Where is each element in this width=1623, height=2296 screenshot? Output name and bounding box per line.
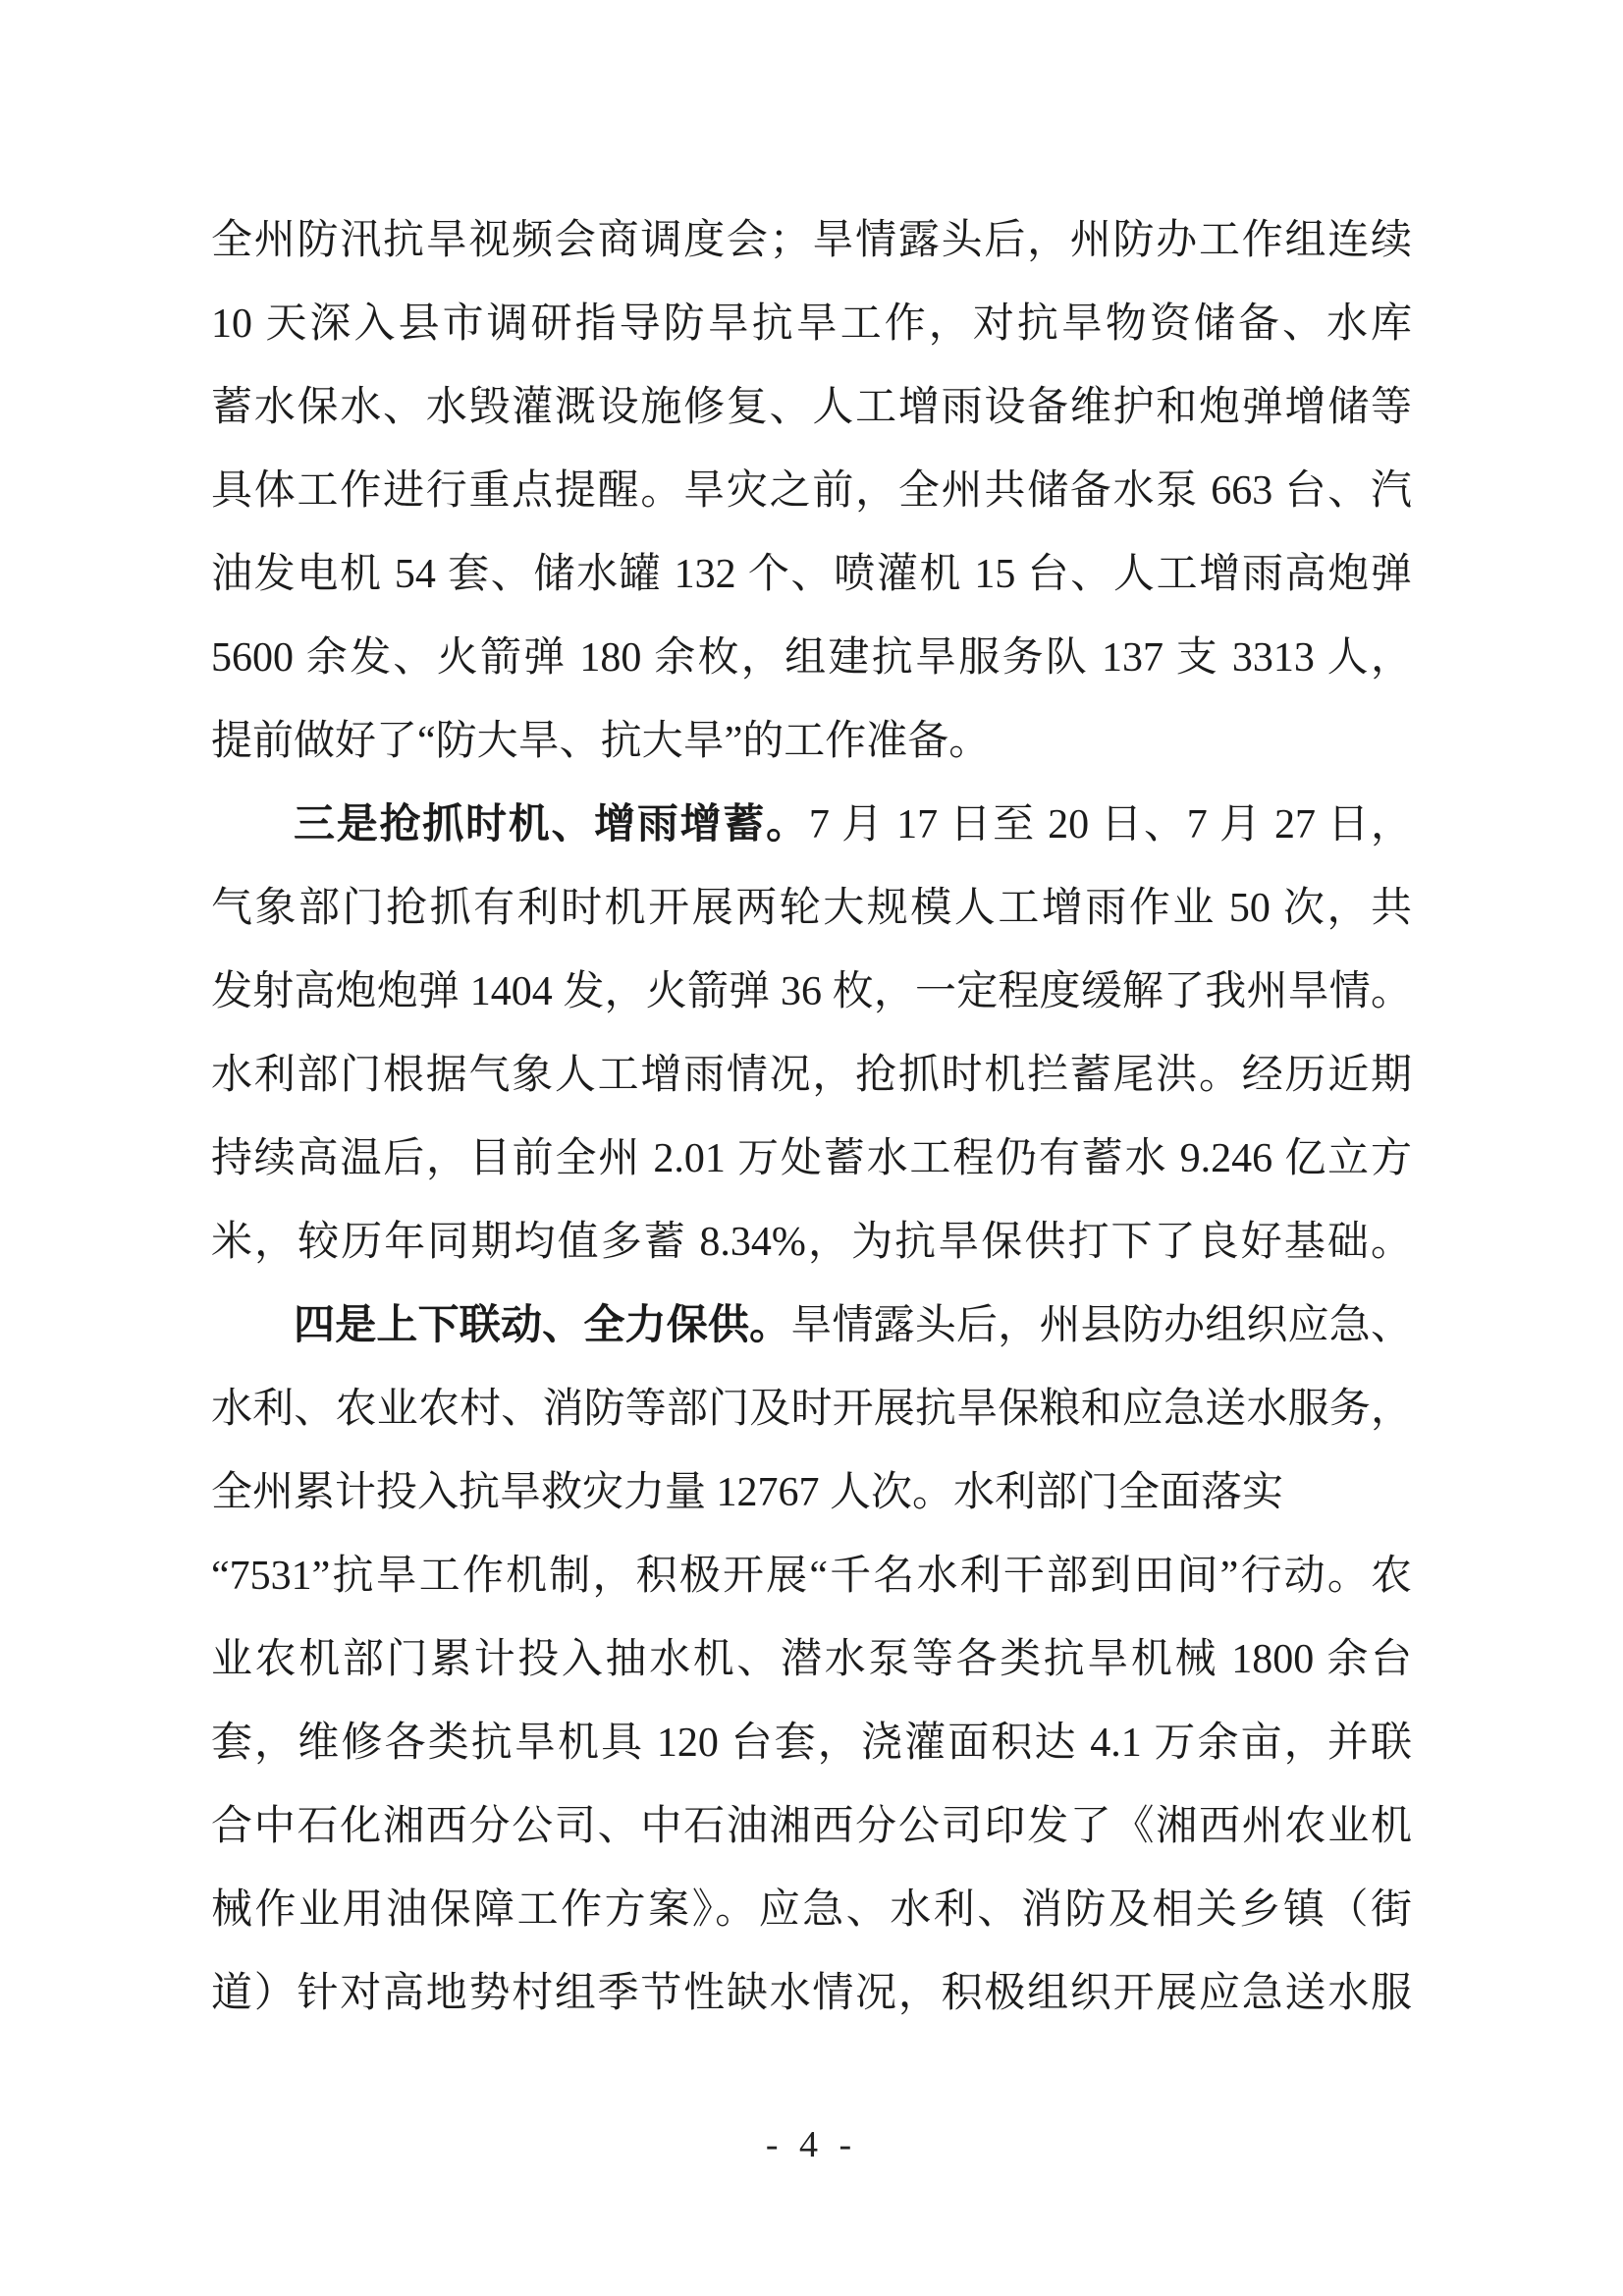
text-line: 械作业用油保障工作方案》。应急、水利、消防及相关乡镇（街 xyxy=(211,1869,1412,1952)
body-text-segment: 水利部门根据气象人工增雨情况，抢抓时机拦蓄尾洪。经历近期 xyxy=(211,1053,1412,1098)
text-line: 合中石化湘西分公司、中石油湘西分公司印发了《湘西州农业机 xyxy=(211,1785,1412,1869)
body-text-segment: 10 天深入县市调研指导防旱抗旱工作，对抗旱物资储备、水库 xyxy=(211,301,1412,347)
text-line: 10 天深入县市调研指导防旱抗旱工作，对抗旱物资储备、水库 xyxy=(211,283,1412,366)
body-text-segment: 合中石化湘西分公司、中石油湘西分公司印发了《湘西州农业机 xyxy=(211,1804,1412,1849)
body-text-segment: 水利、农业农村、消防等部门及时开展抗旱保粮和应急送水服务， xyxy=(211,1387,1412,1432)
text-line: “7531”抗旱工作机制，积极开展“千名水利干部到田间”行动。农 xyxy=(211,1535,1412,1618)
body-text-segment: 发射高炮炮弹 1404 发，火箭弹 36 枚，一定程度缓解了我州旱情。 xyxy=(211,969,1412,1014)
text-line: 水利部门根据气象人工增雨情况，抢抓时机拦蓄尾洪。经历近期 xyxy=(211,1034,1412,1118)
text-line: 全州防汛抗旱视频会商调度会；旱情露头后，州防办工作组连续 xyxy=(211,199,1412,283)
body-text-segment: 旱情露头后，州县防办组织应急、 xyxy=(790,1303,1412,1348)
body-text-segment: 具体工作进行重点提醒。旱灾之前，全州共储备水泵 663 台、汽 xyxy=(211,468,1412,514)
text-line: 四是上下联动、全力保供。旱情露头后，州县防办组织应急、 xyxy=(211,1285,1412,1368)
body-text-segment: 套，维修各类抗旱机具 120 台套，浇灌面积达 4.1 万余亩，并联 xyxy=(211,1721,1412,1766)
body-text-segment: 气象部门抢抓有利时机开展两轮大规模人工增雨作业 50 次，共 xyxy=(211,886,1412,931)
text-line: 5600 余发、火箭弹 180 余枚，组建抗旱服务队 137 支 3313 人， xyxy=(211,617,1412,700)
body-text-segment: 持续高温后，目前全州 2.01 万处蓄水工程仍有蓄水 9.246 亿立方 xyxy=(211,1136,1412,1181)
body-text-segment: 油发电机 54 套、储水罐 132 个、喷灌机 15 台、人工增雨高炮弹 xyxy=(211,552,1412,597)
page-number: - 4 - xyxy=(0,2123,1623,2166)
text-line: 水利、农业农村、消防等部门及时开展抗旱保粮和应急送水服务， xyxy=(211,1368,1412,1451)
text-line: 业农机部门累计投入抽水机、潜水泵等各类抗旱机械 1800 余台 xyxy=(211,1618,1412,1702)
body-text-segment: 5600 余发、火箭弹 180 余枚，组建抗旱服务队 137 支 3313 人， xyxy=(211,635,1412,681)
body-text-segment: 械作业用油保障工作方案》。应急、水利、消防及相关乡镇（街 xyxy=(211,1887,1412,1933)
text-line: 具体工作进行重点提醒。旱灾之前，全州共储备水泵 663 台、汽 xyxy=(211,450,1412,533)
text-line: 道）针对高地势村组季节性缺水情况，积极组织开展应急送水服 xyxy=(211,1952,1412,2036)
body-text-segment: 米，较历年同期均值多蓄 8.34%，为抗旱保供打下了良好基础。 xyxy=(211,1220,1412,1265)
body-text-segment: 全州累计投入抗旱救灾力量 12767 人次。水利部门全面落实 xyxy=(211,1470,1283,1515)
body-text-segment: 业农机部门累计投入抽水机、潜水泵等各类抗旱机械 1800 余台 xyxy=(211,1637,1412,1682)
bold-lead-text: 四是上下联动、全力保供。 xyxy=(294,1303,790,1348)
body-text-segment: 7 月 17 日至 20 日、7 月 27 日， xyxy=(809,802,1412,847)
body-text-segment: 蓄水保水、水毁灌溉设施修复、人工增雨设备维护和炮弹增储等 xyxy=(211,385,1412,430)
text-line: 套，维修各类抗旱机具 120 台套，浇灌面积达 4.1 万余亩，并联 xyxy=(211,1702,1412,1785)
text-line: 提前做好了“防大旱、抗大旱”的工作准备。 xyxy=(211,700,1412,784)
text-line: 米，较历年同期均值多蓄 8.34%，为抗旱保供打下了良好基础。 xyxy=(211,1201,1412,1285)
text-line: 蓄水保水、水毁灌溉设施修复、人工增雨设备维护和炮弹增储等 xyxy=(211,366,1412,450)
bold-lead-text: 三是抢抓时机、增雨增蓄。 xyxy=(294,802,809,847)
text-line: 发射高炮炮弹 1404 发，火箭弹 36 枚，一定程度缓解了我州旱情。 xyxy=(211,951,1412,1034)
body-text-segment: 道）针对高地势村组季节性缺水情况，积极组织开展应急送水服 xyxy=(211,1971,1412,2016)
body-text: 全州防汛抗旱视频会商调度会；旱情露头后，州防办工作组连续10 天深入县市调研指导… xyxy=(211,199,1412,2036)
text-line: 三是抢抓时机、增雨增蓄。7 月 17 日至 20 日、7 月 27 日， xyxy=(211,784,1412,867)
body-text-segment: 提前做好了“防大旱、抗大旱”的工作准备。 xyxy=(211,719,990,764)
body-text-segment: 全州防汛抗旱视频会商调度会；旱情露头后，州防办工作组连续 xyxy=(211,218,1412,263)
text-line: 全州累计投入抗旱救灾力量 12767 人次。水利部门全面落实 xyxy=(211,1451,1412,1535)
document-page: 全州防汛抗旱视频会商调度会；旱情露头后，州防办工作组连续10 天深入县市调研指导… xyxy=(0,0,1623,2296)
body-text-segment: “7531”抗旱工作机制，积极开展“千名水利干部到田间”行动。农 xyxy=(211,1554,1412,1599)
text-line: 油发电机 54 套、储水罐 132 个、喷灌机 15 台、人工增雨高炮弹 xyxy=(211,533,1412,617)
text-line: 持续高温后，目前全州 2.01 万处蓄水工程仍有蓄水 9.246 亿立方 xyxy=(211,1118,1412,1201)
text-line: 气象部门抢抓有利时机开展两轮大规模人工增雨作业 50 次，共 xyxy=(211,867,1412,951)
